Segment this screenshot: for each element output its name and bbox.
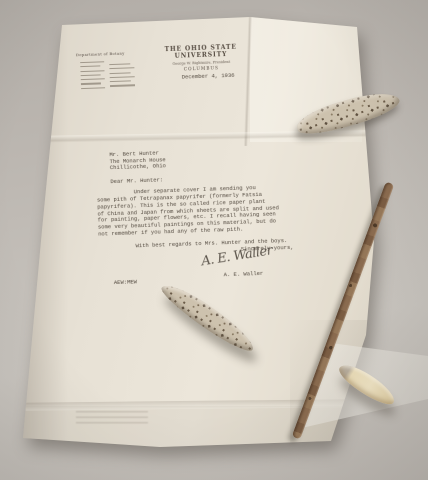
letter-body: Under separate cover I am sending you so… <box>97 184 280 238</box>
illegible-name-line <box>110 76 135 78</box>
illegible-name-line <box>110 85 135 87</box>
illegible-name-line <box>80 70 104 72</box>
recipient-address2: Chillicothe, Ohio <box>110 163 166 172</box>
photograph-letter-with-pith-samples: Department of Botany <box>0 0 428 480</box>
recipient-address-block: Mr. Bert Hunter The Monarch House Chilli… <box>109 150 166 172</box>
illegible-name-line <box>109 68 134 70</box>
illegible-name-line <box>109 63 130 65</box>
illegible-name-line <box>80 61 104 63</box>
date-line: December 4, 1936 <box>182 72 235 81</box>
illegible-name-line <box>81 87 105 89</box>
salutation: Dear Mr. Hunter: <box>110 176 163 185</box>
illegible-name-line <box>110 80 131 82</box>
illegible-name-line <box>81 78 105 80</box>
letterhead-block: THE OHIO STATE UNIVERSITY George W. Righ… <box>146 43 257 73</box>
illegible-name-line <box>81 83 101 85</box>
illegible-name-line <box>80 66 100 68</box>
department-heading: Department of Botany <box>76 51 125 58</box>
illegible-name-line <box>110 72 131 74</box>
handwritten-signature: A. E. Waller <box>200 243 273 269</box>
faculty-name-list-right <box>109 63 135 90</box>
typed-signature: A. E. Waller <box>224 270 264 278</box>
illegible-name-line <box>81 74 101 76</box>
faculty-name-list-left <box>80 61 105 92</box>
typist-initials: AEW:MEW <box>114 278 137 286</box>
